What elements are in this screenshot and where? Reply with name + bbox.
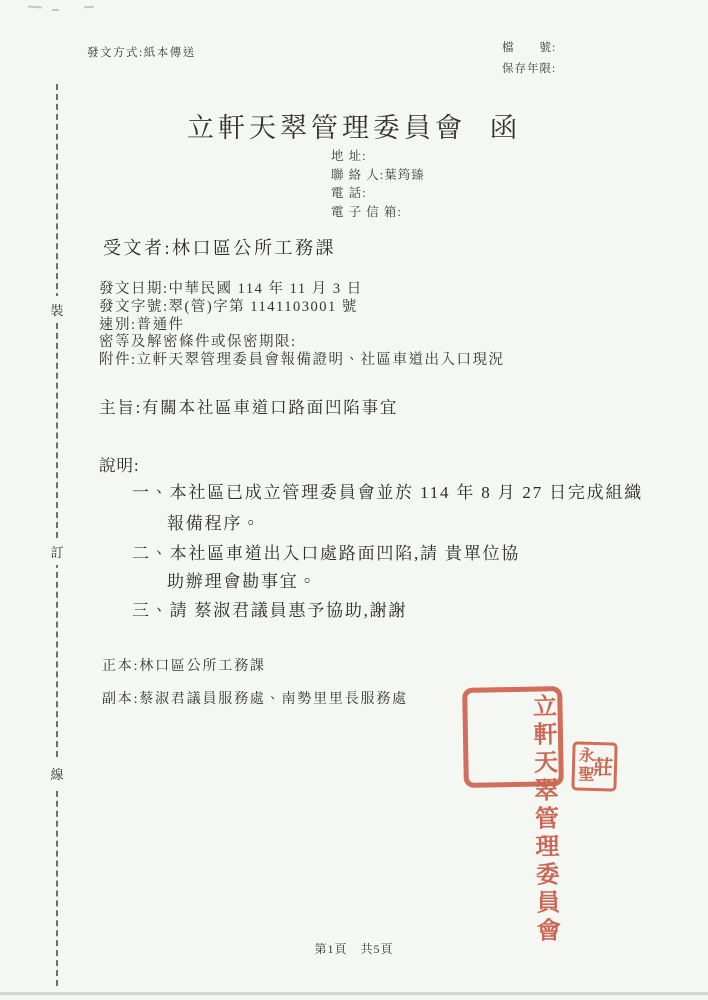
issuer-name: 立軒天翠管理委員會	[187, 113, 466, 143]
reference-number-line: 發文字號:翠(管)字第 1141103001 號	[99, 299, 505, 317]
original-copy-line: 正本:林口區公所工務課	[102, 655, 266, 675]
explanation-item-3: 三、請 蔡淑君議員惠予協助,謝謝	[132, 596, 407, 621]
recipient-line: 受文者:林口區公所工務課	[103, 234, 336, 260]
binding-mark-zhuang: 裝	[48, 296, 66, 323]
attachments-line: 附件:立軒天翠管理委員會報備證明、社區車道出入口現況	[99, 352, 505, 370]
document-type: 函	[490, 113, 521, 143]
explanation-item-2-cont: 助辦理會勘事宜。	[167, 567, 317, 592]
binding-dashed-line	[56, 84, 58, 986]
sender-email: 電 子 信 箱:	[331, 203, 425, 222]
binding-mark-xian: 線	[48, 760, 66, 787]
sender-phone: 電 話:	[331, 184, 425, 203]
document-title: 立軒天翠管理委員會函	[0, 106, 708, 145]
scanned-letter-page: 發文方式:紙本傳送 檔 號: 保存年限: 立軒天翠管理委員會函 地 址: 聯 絡…	[0, 0, 708, 1000]
explanation-item-1-cont: 報備程序。	[167, 509, 261, 534]
priority-line: 速別:普通件	[99, 317, 505, 335]
sender-address: 地 址:	[331, 147, 425, 166]
scan-artifact	[52, 9, 59, 11]
total-pages-label: 共5頁	[361, 942, 394, 956]
binding-mark-ding: 訂	[48, 538, 66, 565]
cc-copy-line: 副本:蔡淑君議員服務處、南勢里里長服務處	[102, 688, 408, 708]
sender-contact-person: 聯 絡 人:葉筠臻	[331, 166, 425, 185]
issue-date-line: 發文日期:中華民國 114 年 11 月 3 日	[99, 281, 505, 299]
explanation-item-2: 二、本社區車道出入口處路面凹陷,請 貴單位協	[132, 539, 520, 564]
scan-artifact	[84, 6, 94, 9]
scan-artifact	[28, 6, 42, 9]
page-number-footer: 第1頁共5頁	[0, 940, 708, 957]
explanation-item-1: 一、本社區已成立管理委員會並於 114 年 8 月 27 日完成組織	[132, 478, 643, 503]
scan-bottom-edge	[0, 992, 708, 995]
name-seal-given-name: 永聖	[576, 747, 594, 785]
committee-seal: 立軒天翠管理委員會	[462, 686, 564, 788]
committee-seal-text: 立軒天翠管理委員會	[468, 693, 556, 781]
sender-contact-block: 地 址: 聯 絡 人:葉筠臻 電 話: 電 子 信 箱:	[331, 147, 425, 221]
current-page-label: 第1頁	[314, 942, 347, 956]
subject-line: 主旨:有關本社區車道口路面凹陷事宜	[99, 394, 398, 418]
explanation-label: 說明:	[99, 452, 140, 476]
name-seal: 莊 永聖	[571, 741, 617, 791]
document-meta-block: 發文日期:中華民國 114 年 11 月 3 日 發文字號:翠(管)字第 114…	[99, 281, 505, 370]
security-class-line: 密等及解密條件或保密期限:	[99, 334, 505, 352]
file-number-label: 檔 號:	[502, 39, 556, 55]
name-seal-surname: 莊	[593, 751, 614, 781]
retention-period-label: 保存年限:	[502, 60, 556, 76]
delivery-method-label: 發文方式:紙本傳送	[87, 44, 196, 60]
